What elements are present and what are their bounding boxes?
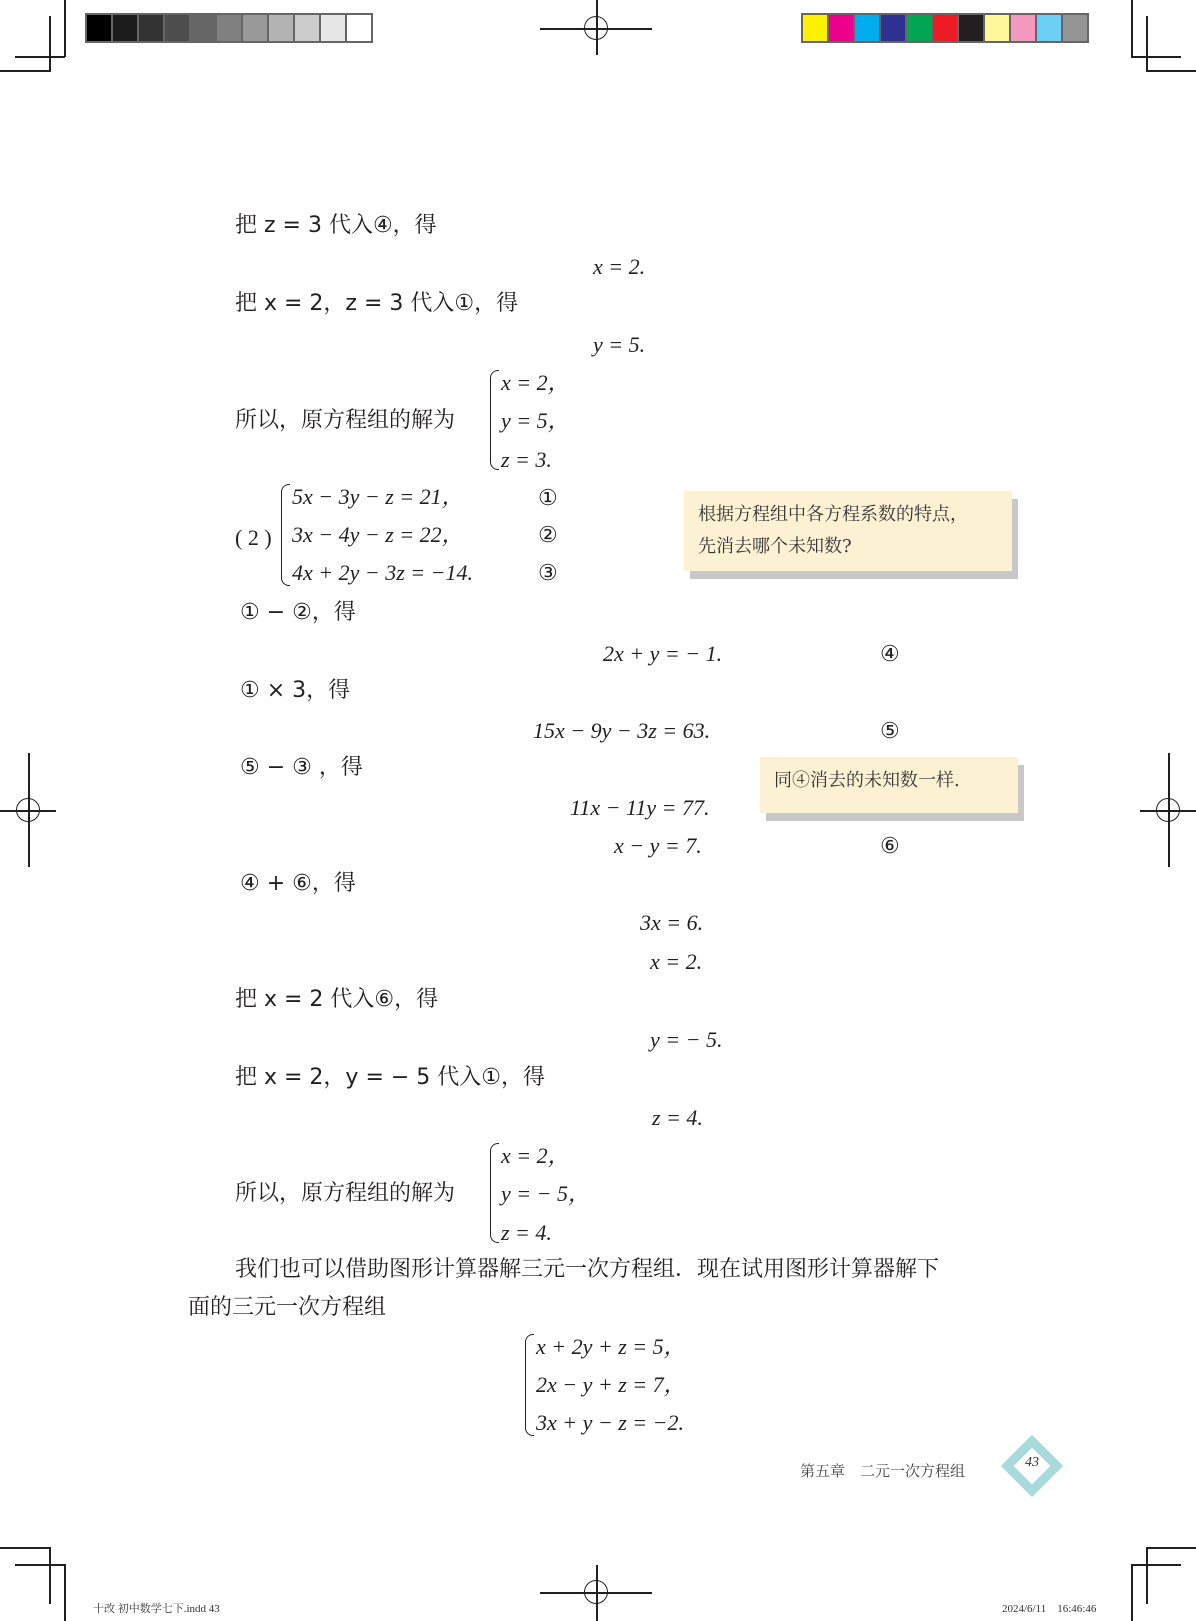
color-swatch — [959, 15, 985, 41]
hint-note: 同④消去的未知数一样. — [760, 757, 1018, 813]
crop-mark — [1146, 1547, 1196, 1549]
step-text: ④ + ⑥，得 — [240, 873, 356, 895]
timestamp: 2024/6/11 16:46:46 — [1002, 1600, 1096, 1616]
solution-line: x = 2， — [501, 1145, 570, 1167]
system-equation: 3x + y − z = −2. — [536, 1412, 684, 1434]
solution-line: z = 3. — [501, 449, 552, 471]
equation-number: ③ — [538, 562, 558, 584]
crop-mark — [1146, 1547, 1148, 1604]
crop-mark — [64, 0, 66, 57]
gray-swatch — [217, 15, 243, 41]
paragraph: 面的三元一次方程组 — [188, 1297, 386, 1319]
grayscale-swatch-bar — [85, 13, 373, 43]
page-number: 43 — [1000, 1455, 1064, 1471]
crop-mark — [64, 1564, 66, 1621]
gray-swatch — [347, 15, 371, 41]
gray-swatch — [139, 15, 165, 41]
solution-line: x = 2， — [501, 372, 570, 394]
step-text: 把 x = 2，y = − 5 代入①，得 — [235, 1067, 545, 1089]
equation: 3x = 6. — [640, 912, 703, 934]
step-text: 把 x = 2，z = 3 代入①，得 — [235, 293, 518, 315]
step-text: 把 x = 2 代入⑥，得 — [235, 989, 438, 1011]
crop-mark — [1131, 56, 1181, 58]
equation: y = 5. — [593, 334, 645, 356]
step-text: ① × 3，得 — [240, 680, 350, 702]
crop-mark — [49, 1547, 51, 1604]
gray-swatch — [295, 15, 321, 41]
crop-mark — [0, 1547, 50, 1549]
gray-swatch — [113, 15, 139, 41]
hint-note: 根据方程组中各方程系数的特点， 先消去哪个未知数? — [684, 491, 1012, 571]
equation-number: ④ — [880, 643, 900, 665]
hint-note-line: 根据方程组中各方程系数的特点， — [698, 499, 998, 531]
chapter-title: 第五章 二元一次方程组 — [800, 1460, 965, 1481]
gray-swatch — [243, 15, 269, 41]
brace — [490, 1143, 499, 1243]
file-info: 十改 初中数学七下.indd 43 — [93, 1600, 220, 1616]
system-equation: 2x − y + z = 7， — [536, 1374, 686, 1396]
equation-number: ⑥ — [880, 835, 900, 857]
color-swatch — [907, 15, 933, 41]
color-swatch — [855, 15, 881, 41]
step-text: ⑤ − ③ ，得 — [240, 757, 363, 779]
color-swatch — [933, 15, 959, 41]
brace — [525, 1334, 534, 1436]
crop-mark — [0, 70, 50, 72]
gray-swatch — [165, 15, 191, 41]
equation-number: ① — [538, 487, 558, 509]
brace — [490, 370, 499, 470]
equation: z = 4. — [652, 1107, 703, 1129]
solution-line: z = 4. — [501, 1222, 552, 1244]
brace — [281, 484, 290, 586]
solution-label: 所以，原方程组的解为 — [235, 1183, 455, 1205]
system-equation: 3x − 4y − z = 22， — [292, 524, 464, 546]
equation: 15x − 9y − 3z = 63. — [533, 720, 710, 742]
color-swatch — [1037, 15, 1063, 41]
color-swatch-bar — [801, 13, 1089, 43]
color-swatch — [881, 15, 907, 41]
crop-mark — [49, 16, 51, 72]
page-number-badge: 43 — [1000, 1434, 1060, 1494]
color-swatch — [829, 15, 855, 41]
equation: y = − 5. — [650, 1029, 722, 1051]
crop-mark — [15, 56, 65, 58]
step-text: ① − ②，得 — [240, 602, 356, 624]
crop-mark — [1131, 0, 1133, 57]
equation: 11x − 11y = 77. — [570, 797, 709, 819]
solution-line: y = 5， — [501, 410, 570, 432]
system-equation: 5x − 3y − z = 21， — [292, 486, 464, 508]
color-swatch — [985, 15, 1011, 41]
equation: x = 2. — [650, 951, 702, 973]
color-swatch — [803, 15, 829, 41]
hint-note-line: 同④消去的未知数一样. — [774, 765, 1004, 797]
part-label: ( 2 ) — [235, 527, 272, 549]
crop-mark — [1131, 1564, 1133, 1621]
crop-mark — [1131, 1564, 1181, 1566]
equation: x − y = 7. — [614, 835, 702, 857]
solution-line: y = − 5， — [501, 1183, 590, 1205]
gray-swatch — [321, 15, 347, 41]
color-swatch — [1011, 15, 1037, 41]
crop-mark — [1146, 16, 1148, 72]
gray-swatch — [269, 15, 295, 41]
gray-swatch — [87, 15, 113, 41]
equation-number: ⑤ — [880, 720, 900, 742]
system-equation: 4x + 2y − 3z = −14. — [292, 562, 473, 584]
equation: 2x + y = − 1. — [603, 643, 722, 665]
crop-mark — [15, 1564, 65, 1566]
crop-mark — [1146, 70, 1196, 72]
step-text: 把 z = 3 代入④，得 — [235, 215, 437, 237]
color-swatch — [1063, 15, 1087, 41]
hint-note-line: 先消去哪个未知数? — [698, 531, 998, 563]
solution-label: 所以，原方程组的解为 — [235, 410, 455, 432]
equation: x = 2. — [593, 256, 645, 278]
paragraph: 我们也可以借助图形计算器解三元一次方程组．现在试用图形计算器解下 — [235, 1259, 939, 1281]
gray-swatch — [191, 15, 217, 41]
system-equation: x + 2y + z = 5， — [536, 1336, 686, 1358]
equation-number: ② — [538, 524, 558, 546]
